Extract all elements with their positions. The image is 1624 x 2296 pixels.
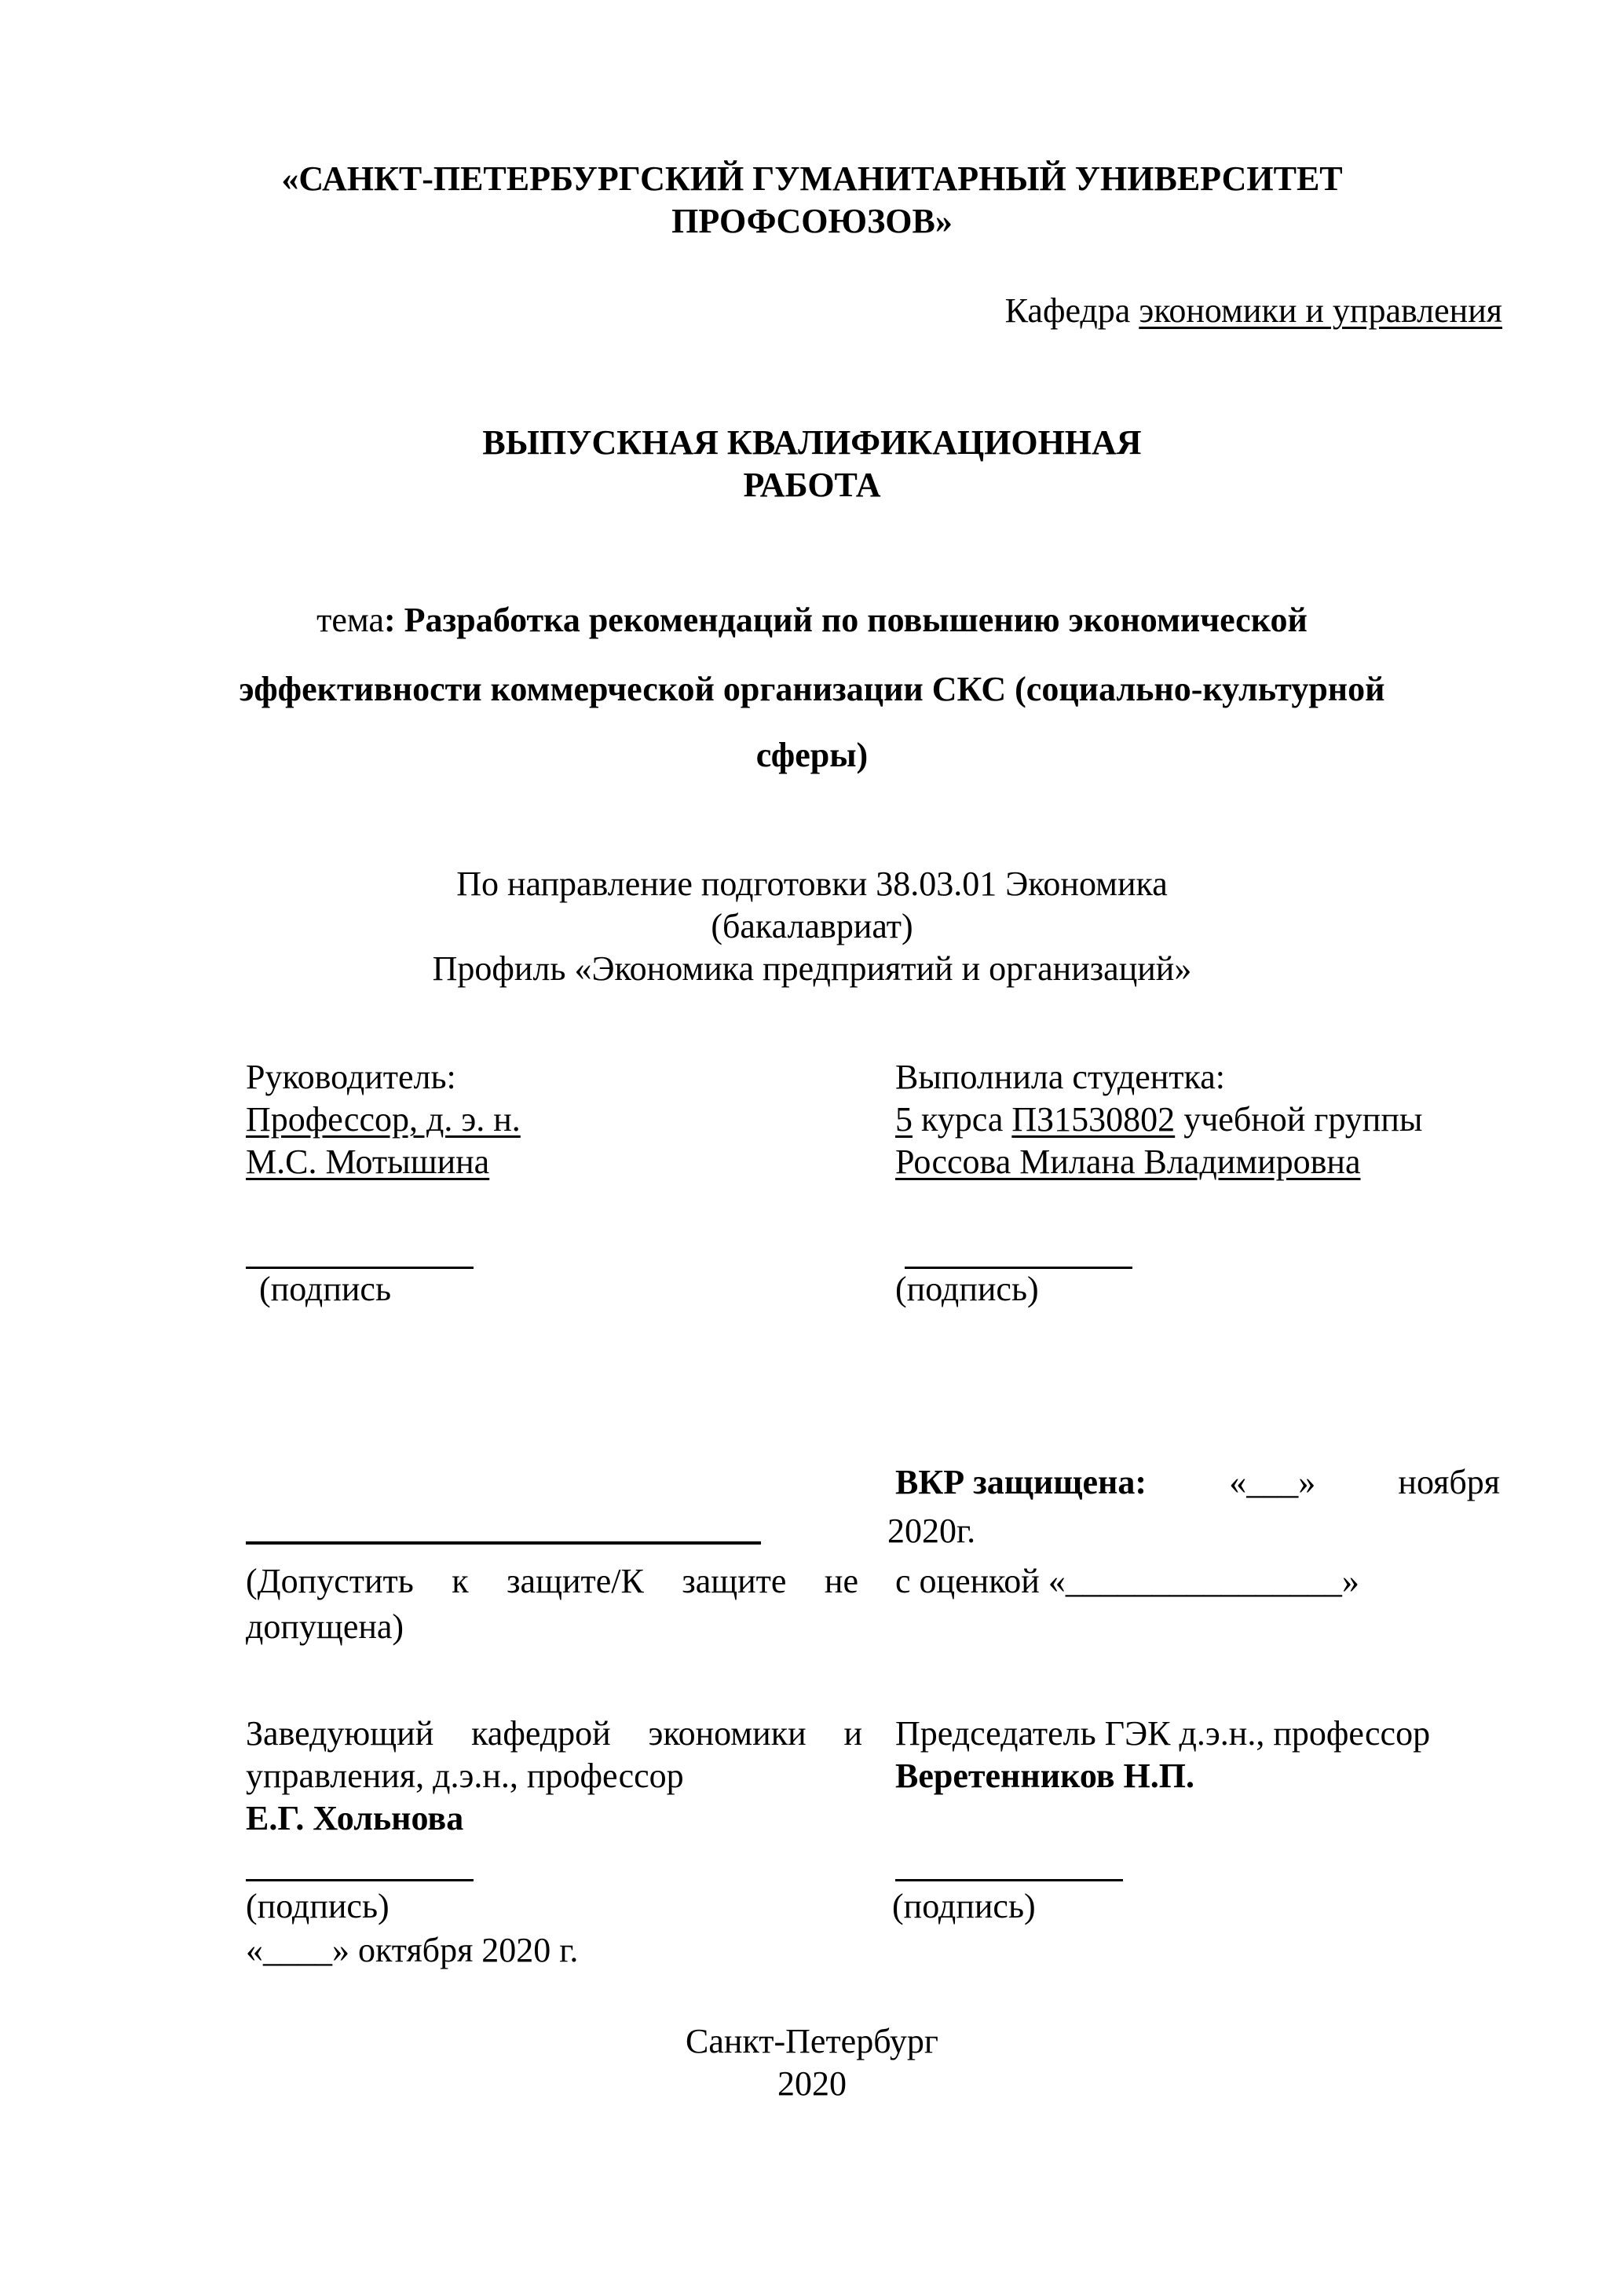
program-line1: По направление подготовки 38.03.01 Эконо…	[0, 862, 1624, 906]
student-name: Россова Милана Владимировна	[895, 1140, 1361, 1184]
student-course: 5	[895, 1100, 913, 1139]
head-date: «____» октября 2020 г.	[246, 1929, 578, 1972]
footer-city: Санкт-Петербург	[0, 2020, 1624, 2064]
program-line2: (бакалавриат)	[0, 905, 1624, 949]
topic-line1: тема: Разработка рекомендаций по повышен…	[0, 598, 1624, 642]
topic-line2: эффективности коммерческой организации С…	[0, 667, 1624, 711]
admission-label-line1: (Допустить к защите/К защите не	[246, 1559, 858, 1603]
student-group: ПЗ1530802	[1011, 1100, 1175, 1139]
defense-month: ноября	[1398, 1461, 1500, 1504]
student-signature-label: (подпись)	[895, 1267, 1039, 1311]
university-name-line1: «САНКТ-ПЕТЕРБУРГСКИЙ ГУМАНИТАРНЫЙ УНИВЕР…	[0, 157, 1624, 201]
admission-label-line2: допущена)	[246, 1605, 404, 1649]
student-course-text: курса	[913, 1100, 1011, 1139]
supervisor-title: Профессор, д. э. н.	[246, 1098, 521, 1142]
document-title-line2: РАБОТА	[0, 463, 1624, 507]
defense-label: ВКР защищена:	[895, 1461, 1147, 1504]
head-line2: управления, д.э.н., профессор	[246, 1754, 684, 1798]
defense-year: 2020г.	[887, 1509, 975, 1553]
supervisor-label: Руководитель:	[246, 1055, 456, 1099]
defense-day: «___»	[1229, 1461, 1315, 1504]
document-title-line1: ВЫПУСКНАЯ КВАЛИФИКАЦИОННАЯ	[0, 421, 1624, 465]
department-name: экономики и управления	[1139, 291, 1502, 330]
chairman-name: Веретенников Н.П.	[895, 1754, 1194, 1798]
student-group-line: 5 курса ПЗ1530802 учебной группы	[895, 1098, 1422, 1142]
topic-text-1: Разработка рекомендаций по повышению эко…	[404, 601, 1308, 639]
grade-suffix: »	[1342, 1562, 1359, 1600]
supervisor-signature-label: (подпись	[259, 1267, 391, 1311]
department: Кафедра экономики и управления	[1005, 289, 1502, 333]
head-signature-line	[246, 1879, 474, 1881]
supervisor-name: М.С. Мотышина	[246, 1140, 489, 1184]
chairman-line1: Председатель ГЭК д.э.н., профессор	[895, 1712, 1430, 1756]
head-line1: Заведующий кафедрой экономики и	[246, 1712, 862, 1756]
student-group-text: учебной группы	[1175, 1100, 1422, 1139]
defense-line: ВКР защищена: «___» ноября	[895, 1461, 1500, 1504]
department-label: Кафедра	[1005, 291, 1131, 330]
topic-prefix: тема	[316, 601, 384, 639]
student-label: Выполнила студентка:	[895, 1055, 1225, 1099]
admission-signature-line	[246, 1541, 761, 1545]
defense-grade: с оценкой «________________»	[895, 1559, 1359, 1603]
head-name: Е.Г. Хольнова	[246, 1797, 463, 1841]
head-signature-label: (подпись)	[246, 1885, 390, 1929]
grade-prefix: с оценкой «	[895, 1562, 1066, 1600]
chairman-signature-label: (подпись)	[892, 1885, 1036, 1929]
topic-colon: :	[384, 601, 404, 639]
topic-line3: сферы)	[0, 733, 1624, 777]
grade-blank: ________________	[1066, 1562, 1342, 1600]
footer-year: 2020	[0, 2062, 1624, 2106]
chairman-signature-line	[895, 1879, 1123, 1881]
university-name-line2: ПРОФСОЮЗОВ»	[0, 199, 1624, 243]
program-line3: Профиль «Экономика предприятий и организ…	[0, 947, 1624, 991]
